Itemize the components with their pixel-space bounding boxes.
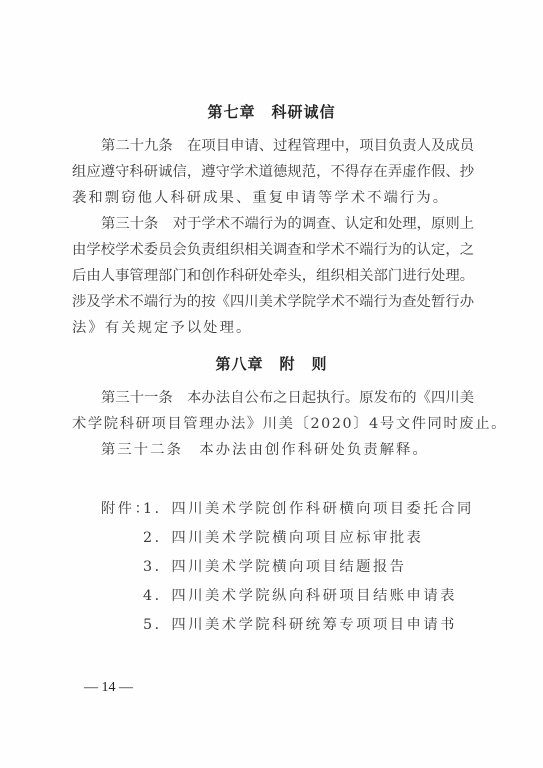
article-31-line-1: 第三十一条 本办法自公布之日起执行。原发布的《四川美 [101, 389, 474, 407]
document-page: 第七章 科研诚信 第二十九条 在项目申请、过程管理中，项目负责人及成员 组应遵守… [0, 0, 543, 768]
article-29-line-1: 第二十九条 在项目申请、过程管理中，项目负责人及成员 [101, 137, 474, 155]
attachment-item-2: 2．四川美术学院横向项目应标审批表 [143, 527, 423, 547]
attachment-item-4: 4．四川美术学院纵向科研项目结账申请表 [143, 585, 457, 605]
article-30-line-1: 第三十条 对于学术不端行为的调查、认定和处理，原则上 [101, 215, 474, 233]
article-30-line-4: 涉及学术不端行为的按《四川美术学院学术不端行为查处暂行办 [72, 293, 474, 311]
article-32-line-1: 第三十二条 本办法由创作科研处负责解释。 [101, 441, 474, 459]
article-30-line-2: 由学校学术委员会负责组织相关调查和学术不端行为的认定，之 [72, 241, 474, 259]
attachment-item-5: 5．四川美术学院科研统筹专项项目申请书 [143, 614, 457, 634]
chapter-8-heading: 第八章 附 则 [0, 353, 543, 374]
article-31-line-2: 术学院科研项目管理办法》川美〔2020〕4号文件同时废止。 [72, 415, 474, 433]
article-30-line-5: 法》有关规定予以处理。 [72, 319, 474, 337]
attachment-item-1: 1．四川美术学院创作科研横向项目委托合同 [143, 498, 474, 518]
attachment-item-3: 3．四川美术学院横向项目结题报告 [143, 556, 407, 576]
article-29-line-3: 袭和剽窃他人科研成果、重复申请等学术不端行为。 [72, 189, 474, 207]
chapter-7-heading: 第七章 科研诚信 [0, 101, 543, 122]
article-30-line-3: 后由人事管理部门和创作科研处牵头，组织相关部门进行处理。 [72, 267, 474, 285]
article-29-line-2: 组应遵守科研诚信，遵守学术道德规范，不得存在弄虚作假、抄 [72, 163, 474, 181]
page-number: — 14 — [84, 680, 133, 696]
